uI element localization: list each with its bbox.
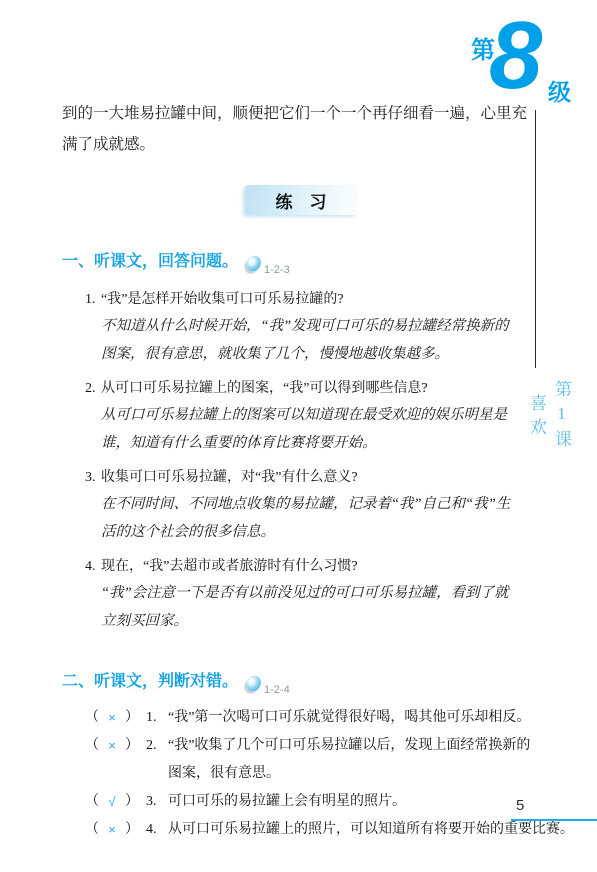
- true-false-item: （ × ） 4. 从可口可乐易拉罐上的照片，可以知道所有将要开始的重要比赛。: [85, 816, 540, 844]
- question-item: 3. 收集可口可乐易拉罐，对“我”有什么意义? 在不同时间、不同地点收集的易拉罐…: [85, 464, 540, 546]
- answer-text: 在不同时间、不同地点收集的易拉罐，记录着“我”自己和“我”生活的这个社会的很多信…: [101, 491, 521, 546]
- audio-disc-icon: [246, 254, 262, 272]
- question-item: 2. 从可口可乐易拉罐上的图案，“我”可以得到哪些信息? 从可口可乐易拉罐上的图…: [85, 375, 540, 457]
- exercise-banner-title: 练 习: [276, 193, 327, 212]
- main-content: 到的一大堆易拉罐中间，顺便把它们一个一个再仔细看一遍，心里充满了成就感。 练 习…: [62, 98, 540, 844]
- level-badge: 第 8 级: [463, 14, 573, 109]
- lesson-text-continuation: 到的一大堆易拉罐中间，顺便把它们一个一个再仔细看一遍，心里充满了成就感。: [62, 98, 540, 160]
- item-number: 3.: [146, 788, 168, 816]
- question-item: 1. “我”是怎样开始收集可口可乐易拉罐的? 不知道从什么时候开始，“我”发现可…: [85, 286, 540, 368]
- answer-text: 从可口可乐易拉罐上的图案可以知道现在最受欢迎的娱乐明星是谁，知道有什么重要的体育…: [101, 402, 521, 457]
- paren-open: （: [85, 788, 99, 816]
- footer-rule: [511, 819, 597, 821]
- item-number: 4.: [146, 816, 168, 844]
- question-text: 从可口可乐易拉罐上的图案，“我”可以得到哪些信息?: [101, 375, 540, 402]
- sidebar-lesson-number: 第1课: [549, 380, 574, 454]
- paren-close: ）: [125, 816, 139, 844]
- section-2-heading: 二、听课文，判断对错。 1-2-4: [62, 668, 540, 691]
- paren-close: ）: [125, 788, 139, 816]
- item-number: 1.: [146, 704, 168, 732]
- judgement-mark: ×: [99, 732, 125, 788]
- true-false-item: （ × ） 2. “我”收集了几个可口可乐易拉罐以后，发现上面经常换新的图案，很…: [85, 732, 540, 788]
- paren-close: ）: [125, 732, 139, 788]
- audio-track-label: 1-2-4: [264, 684, 290, 696]
- judgement-mark: √: [99, 788, 125, 816]
- level-badge-suffix: 级: [548, 74, 571, 107]
- page-number: 5: [516, 797, 524, 814]
- audio-track-label: 1-2-3: [264, 264, 290, 276]
- statement-text: “我”收集了几个可口可乐易拉罐以后，发现上面经常换新的图案，很有意思。: [168, 732, 540, 788]
- question-number: 2.: [85, 375, 101, 402]
- question-text: “我”是怎样开始收集可口可乐易拉罐的?: [101, 286, 540, 313]
- true-false-item: （ √ ） 3. 可口可乐的易拉罐上会有明星的照片。: [85, 788, 540, 816]
- judgement-mark: ×: [99, 816, 125, 844]
- question-number: 1.: [85, 286, 101, 313]
- true-false-item: （ × ） 1. “我”第一次喝可口可乐就觉得很好喝，喝其他可乐却相反。: [85, 704, 540, 732]
- section-2-heading-text: 二、听课文，判断对错。: [62, 668, 238, 691]
- judgement-mark: ×: [99, 704, 125, 732]
- exercise-banner: 练 习: [245, 185, 357, 215]
- textbook-page: 第 8 级 第1课 喜欢 到的一大堆易拉罐中间，顺便把它们一个一个再仔细看一遍，…: [0, 0, 597, 872]
- true-false-list: （ × ） 1. “我”第一次喝可口可乐就觉得很好喝，喝其他可乐却相反。 （ ×…: [62, 704, 540, 844]
- audio-disc-icon: [246, 674, 262, 692]
- question-number: 4.: [85, 553, 101, 580]
- question-number: 3.: [85, 464, 101, 491]
- paren-close: ）: [125, 704, 139, 732]
- question-item: 4. 现在，“我”去超市或者旅游时有什么习惯? “我”会注意一下是否有以前没见过…: [85, 553, 540, 635]
- question-text: 现在，“我”去超市或者旅游时有什么习惯?: [101, 553, 540, 580]
- paren-open: （: [85, 704, 99, 732]
- paren-open: （: [85, 732, 99, 788]
- question-text: 收集可口可乐易拉罐，对“我”有什么意义?: [101, 464, 540, 491]
- section-1-audio-ref: 1-2-3: [246, 256, 290, 271]
- statement-text: 可口可乐的易拉罐上会有明星的照片。: [168, 788, 540, 816]
- section-1-heading-text: 一、听课文，回答问题。: [62, 248, 238, 271]
- paren-open: （: [85, 816, 99, 844]
- item-number: 2.: [146, 732, 168, 788]
- answer-text: 不知道从什么时候开始，“我”发现可口可乐的易拉罐经常换新的图案，很有意思，就收集…: [101, 313, 521, 368]
- answer-text: “我”会注意一下是否有以前没见过的可口可乐易拉罐，看到了就立刻买回家。: [101, 580, 521, 635]
- level-badge-number: 8: [489, 8, 542, 104]
- section-1-heading: 一、听课文，回答问题。 1-2-3: [62, 248, 540, 271]
- statement-text: “我”第一次喝可口可乐就觉得很好喝，喝其他可乐却相反。: [168, 704, 540, 732]
- question-answer-list: 1. “我”是怎样开始收集可口可乐易拉罐的? 不知道从什么时候开始，“我”发现可…: [62, 286, 540, 635]
- section-2-audio-ref: 1-2-4: [246, 676, 290, 691]
